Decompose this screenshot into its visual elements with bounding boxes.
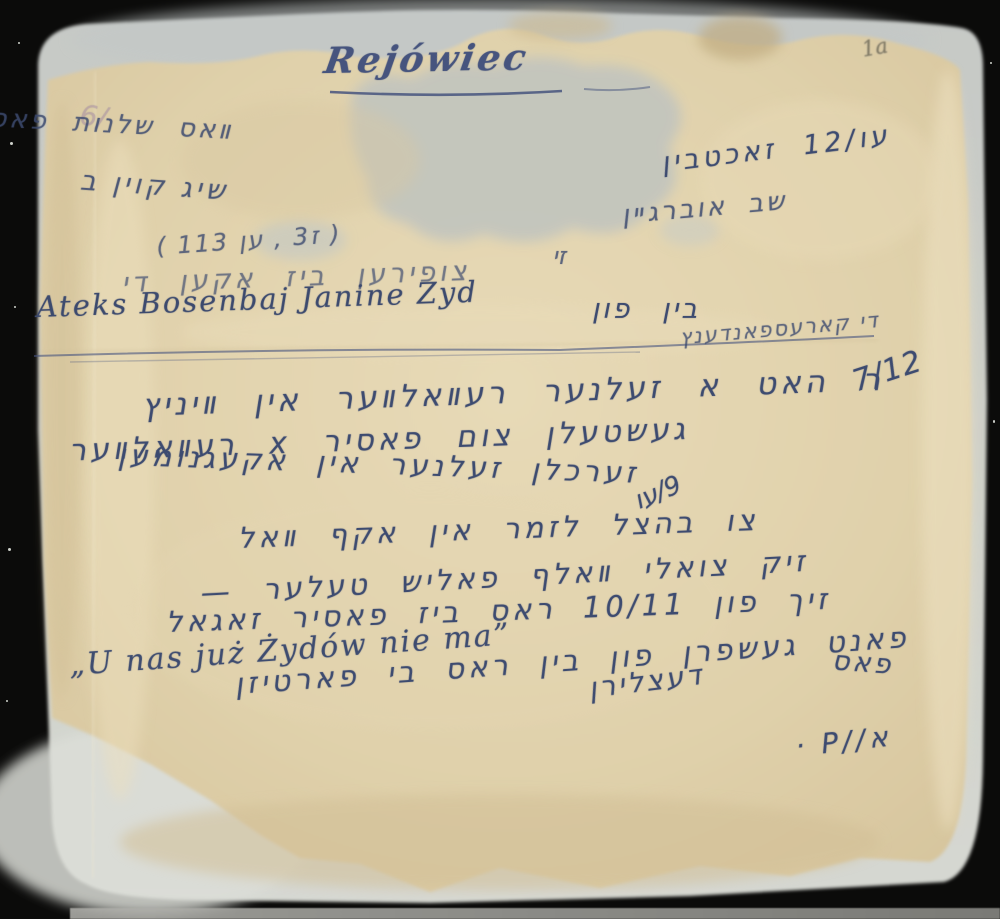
dust-speck xyxy=(8,548,11,551)
scanned-document: Rejówiec 1a 6/װאס שלנות פאסעו/12 זאכטבין… xyxy=(0,0,1000,919)
dust-speck xyxy=(993,420,995,423)
dust-speck xyxy=(18,42,20,44)
page-title: Rejówiec xyxy=(321,36,532,82)
dust-speck xyxy=(10,142,13,145)
yiddish-line-13-right: פאס xyxy=(831,646,894,681)
page-number-mark: 1a xyxy=(860,34,890,62)
dust-speck xyxy=(6,700,8,702)
dust-speck xyxy=(14,306,16,308)
scanner-edge-strip xyxy=(70,908,1000,919)
yiddish-line-5-mid: בין פון xyxy=(592,294,700,325)
yiddish-line-3-word: זי xyxy=(552,242,566,270)
dust-speck xyxy=(990,62,992,64)
